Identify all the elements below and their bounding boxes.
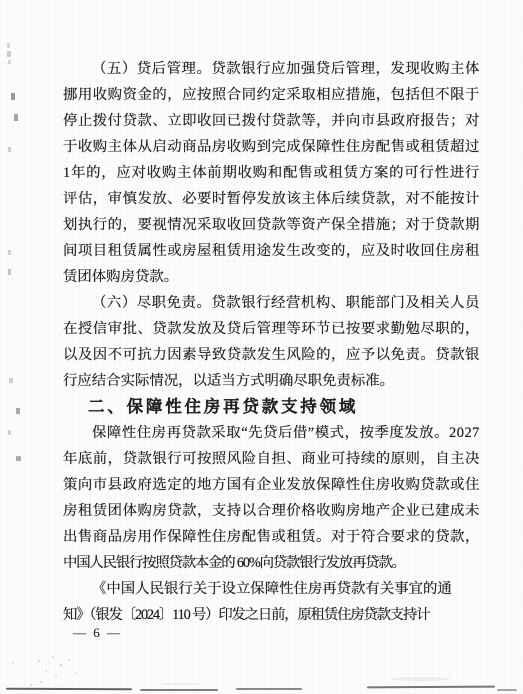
text-line: 1年的，应对收购主体前期收购和配售或租赁方案的可行性进行: [63, 160, 480, 186]
para-pboc-notice: 《中国人民银行关于设立保障性住房再贷款有关事宜的通知》（银发〔2024〕110 …: [63, 576, 480, 628]
text-line: 在授信审批、贷款发放及贷后管理等环节已按要求勤勉尽职的，: [63, 316, 480, 342]
para-5-post-loan-management: （五）贷后管理。贷款银行应加强贷后管理，发现收购主体挪用收购资金的，应按照合同约…: [63, 56, 480, 290]
scan-edge-line: [497, 689, 517, 691]
text-line: 评估，审慎发放、必要时暂停发放该主体后续贷款，对不能按计: [63, 186, 480, 212]
text-line: 策向市县政府选定的地方国有企业发放保障性住房收购贷款或住: [63, 472, 480, 498]
scan-smudge: [7, 51, 11, 57]
text-line: 《中国人民银行关于设立保障性住房再贷款有关事宜的通: [63, 576, 480, 602]
document-text: （五）贷后管理。贷款银行应加强贷后管理，发现收购主体挪用收购资金的，应按照合同约…: [63, 56, 480, 628]
scan-smudge: [8, 147, 11, 152]
scan-speckle: [30, 684, 32, 686]
scan-smudge: [11, 93, 15, 100]
text-line: 以及因不可抗力因素导致贷款发生风险的，应予以免责。贷款银: [63, 342, 480, 368]
scan-speckle: [55, 676, 57, 678]
scan-smudge: [9, 378, 13, 383]
scan-speckle: [52, 656, 54, 658]
text-line: （六）尽职免责。贷款银行经营机构、职能部门及相关人员: [63, 290, 480, 316]
scan-smudge: [8, 269, 11, 275]
scan-speckle: [390, 677, 450, 681]
scan-smudge: [14, 114, 18, 121]
scan-smudge: [7, 43, 10, 48]
scan-smudge: [16, 456, 21, 461]
scan-speckle: [40, 681, 42, 683]
text-line: 知》（银发〔2024〕110 号）印发之日前，原租赁住房贷款支持计: [63, 602, 480, 628]
scan-smudge: [16, 408, 20, 414]
scan-edge-line: [6, 688, 132, 690]
text-line: 于收购主体从启动商品房收购到完成保障性住房配售或租赁超过: [63, 134, 480, 160]
text-line: 挪用收购资金的，应按照合同约定采取相应措施，包括但不限于: [63, 82, 480, 108]
scan-speckle: [68, 659, 70, 661]
scan-edge-line: [140, 689, 218, 691]
scan-smudge: [8, 250, 11, 255]
scan-speckle: [160, 683, 200, 685]
scan-speckle: [75, 672, 77, 674]
heading-section-2: 二、保障性住房再贷款支持领域: [63, 394, 480, 420]
scan-speckle: [45, 670, 47, 672]
section-heading: 二、保障性住房再贷款支持领域: [63, 394, 480, 420]
para-relending-model: 保障性住房再贷款采取“先贷后借”模式，按季度发放。2027年底前，贷款银行可按照…: [63, 420, 480, 576]
text-line: 行应结合实际情况，以适当方式明确尽职免责标准。: [63, 368, 480, 394]
text-line: 赁团体购房贷款。: [63, 264, 480, 290]
scan-edge-line: [236, 688, 302, 690]
text-line: 年底前，贷款银行可按照风险自担、商业可持续的原则，自主决: [63, 446, 480, 472]
text-line: 中国人民银行按照贷款本金的 60%向贷款银行发放再贷款。: [63, 550, 480, 576]
page-number: — 6 —: [73, 625, 122, 641]
text-line: 保障性住房再贷款采取“先贷后借”模式，按季度发放。2027: [63, 420, 480, 446]
text-line: 间项目租赁属性或房屋租赁用途发生改变的，应及时收回住房租: [63, 238, 480, 264]
text-line: 停止拨付贷款、立即收回已拨付贷款等，并向市县政府报告；对: [63, 108, 480, 134]
scan-speckle: [12, 662, 14, 664]
scan-smudge: [8, 60, 11, 64]
scan-smudge: [8, 430, 11, 435]
text-line: 出售商品房用作保障性住房配售或租赁。对于符合要求的贷款，: [63, 524, 480, 550]
scan-speckle: [60, 664, 62, 666]
para-6-duty-exemption: （六）尽职免责。贷款银行经营机构、职能部门及相关人员在授信审批、贷款发放及贷后管…: [63, 290, 480, 394]
scanned-document-page: （五）贷后管理。贷款银行应加强贷后管理，发现收购主体挪用收购资金的，应按照合同约…: [0, 0, 523, 694]
text-line: （五）贷后管理。贷款银行应加强贷后管理，发现收购主体: [63, 56, 480, 82]
scan-speckle: [38, 660, 40, 662]
text-line: 房租赁团体购房贷款，支持以合理价格收购房地产企业已建成未: [63, 498, 480, 524]
text-line: 划执行的，要视情况采取收回贷款等资产保全措施；对于贷款期: [63, 212, 480, 238]
scan-edge-line: [367, 686, 495, 689]
